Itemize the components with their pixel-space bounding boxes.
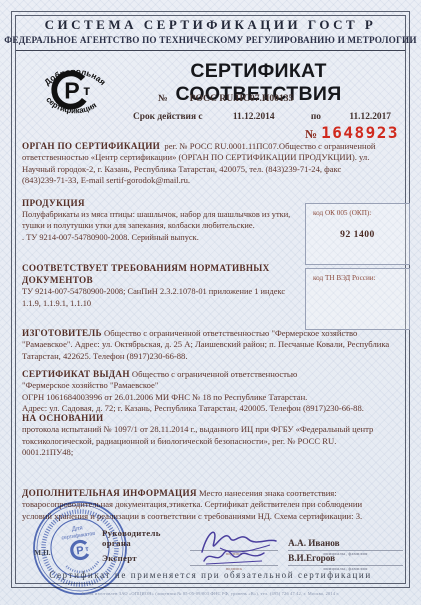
head-label: Руководитель органа bbox=[102, 528, 190, 551]
serial-number-sign: № bbox=[305, 127, 317, 141]
head-name: А.А. Иванов инициалы, фамилия bbox=[288, 538, 403, 551]
section-title: ОРГАН ПО СЕРТИФИКАЦИИ bbox=[22, 141, 160, 151]
section-manufacturer: ИЗГОТОВИТЕЛЬ Общество с ограниченной отв… bbox=[22, 327, 407, 362]
agency-title: ФЕДЕРАЛЬНОЕ АГЕНТСТВО ПО ТЕХНИЧЕСКОМУ РЕ… bbox=[0, 35, 421, 45]
validity-label: Срок действия с bbox=[133, 112, 203, 122]
okp-code-box: код ОК 005 (ОКП): 92 1400 bbox=[305, 203, 410, 265]
section-title: ИЗГОТОВИТЕЛЬ bbox=[22, 328, 102, 338]
no-mandatory-certification-note: Сертификат не применяется при обязательн… bbox=[0, 570, 421, 580]
section-title: СООТВЕТСТВУЕТ ТРЕБОВАНИЯМ НОРМАТИВНЫХ ДО… bbox=[22, 262, 304, 286]
number-value: РОСС RU.ПС07.Н00135 bbox=[190, 93, 294, 104]
header-divider bbox=[16, 50, 405, 51]
stamp-place-label: М.П. bbox=[34, 548, 51, 557]
expert-signature: подпись bbox=[190, 551, 278, 566]
section-title: ПРОДУКЦИЯ bbox=[22, 197, 304, 209]
tnved-code-label: код ТН ВЭД России: bbox=[306, 269, 409, 282]
certificate-page: СИСТЕМА СЕРТИФИКАЦИИ ГОСТ Р ФЕДЕРАЛЬНОЕ … bbox=[0, 0, 421, 605]
section-conformity: СООТВЕТСТВУЕТ ТРЕБОВАНИЯМ НОРМАТИВНЫХ ДО… bbox=[22, 262, 304, 309]
section-title: НА ОСНОВАНИИ bbox=[22, 412, 407, 424]
section-certification-body: ОРГАН ПО СЕРТИФИКАЦИИ рег. № РОСС RU.000… bbox=[22, 140, 403, 187]
expert-name: В.И.Егоров инициалы, фамилия bbox=[288, 553, 403, 566]
system-title: СИСТЕМА СЕРТИФИКАЦИИ ГОСТ Р bbox=[0, 17, 421, 33]
expert-label: Эксперт bbox=[102, 553, 190, 566]
svg-text:Р: Р bbox=[76, 545, 85, 558]
certificate-number: №РОСС RU.ПС07.Н00135 bbox=[158, 93, 293, 104]
valid-from-date: 11.12.2014 bbox=[233, 112, 275, 122]
okp-code-label: код ОК 005 (ОКП): bbox=[306, 204, 409, 217]
section-basis: НА ОСНОВАНИИ протокола испытаний № 1097/… bbox=[22, 412, 407, 459]
svg-text:т: т bbox=[85, 546, 90, 553]
number-label: № bbox=[158, 93, 168, 104]
section-title: СЕРТИФИКАТ ВЫДАН bbox=[22, 369, 130, 379]
to-label: по bbox=[311, 112, 321, 122]
section-issued-to: СЕРТИФИКАТ ВЫДАН Общество с ограниченной… bbox=[22, 368, 407, 415]
valid-to-date: 11.12.2017 bbox=[349, 112, 391, 122]
section-production: ПРОДУКЦИЯ Полуфабрикаты из мяса птицы: ш… bbox=[22, 197, 304, 243]
blank-fine-print: Бланк изготовлен ЗАО «ОПЦИОН» (лицензия … bbox=[0, 591, 421, 596]
expert-signature-row: Эксперт подпись В.И.Егоров инициалы, фам… bbox=[102, 551, 403, 566]
okp-code-value: 92 1400 bbox=[306, 229, 409, 240]
validity-line: Срок действия с 11.12.2014 по 11.12.2017 bbox=[133, 112, 391, 122]
svg-text:т: т bbox=[83, 82, 90, 98]
tnved-code-box: код ТН ВЭД России: bbox=[305, 268, 410, 330]
svg-text:сертификатов: сертификатов bbox=[61, 531, 96, 542]
rst-logo-icon: Добровольная сертификация Р т bbox=[33, 56, 117, 124]
svg-text:Р: Р bbox=[64, 77, 79, 103]
